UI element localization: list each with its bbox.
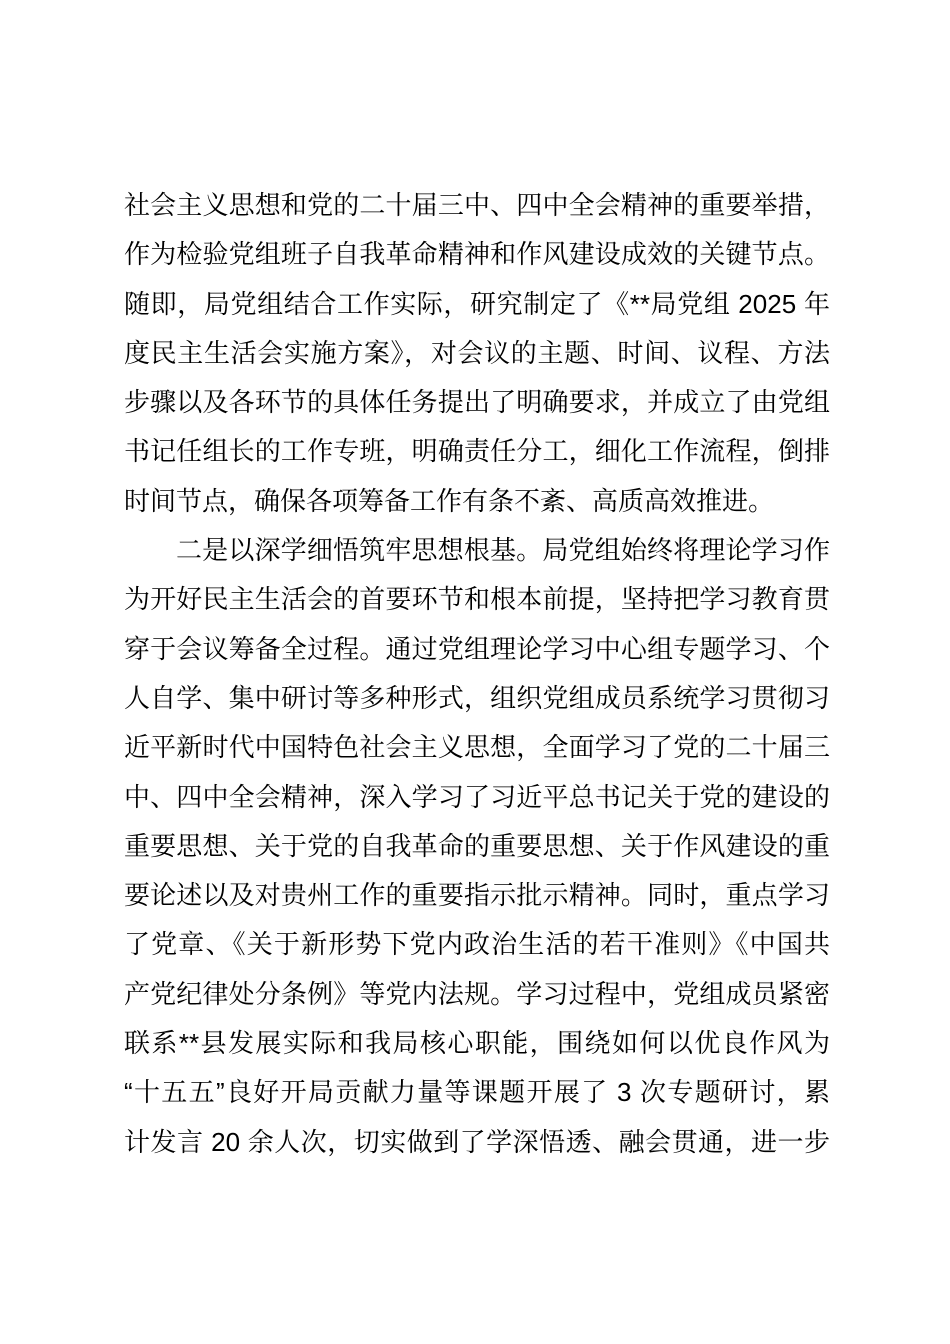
text-line: 产党纪律处分条例》等党内法规。学习过程中，党组成员紧密 — [124, 970, 830, 1019]
text-line: 书记任组长的工作专班，明确责任分工，细化工作流程，倒排 — [124, 427, 830, 476]
text-line: 步骤以及各环节的具体任务提出了明确要求，并成立了由党组 — [124, 378, 830, 427]
text-line: 作为检验党组班子自我革命精神和作风建设成效的关键节点。 — [124, 230, 830, 279]
document-body-text: 社会主义思想和党的二十届三中、四中全会精神的重要举措，作为检验党组班子自我革命精… — [124, 181, 830, 1167]
text-line: 中、四中全会精神，深入学习了习近平总书记关于党的建设的 — [124, 773, 830, 822]
text-line: 计发言 20 余人次，切实做到了学深悟透、融会贯通，进一步 — [124, 1118, 830, 1167]
document-page: 社会主义思想和党的二十届三中、四中全会精神的重要举措，作为检验党组班子自我革命精… — [0, 0, 950, 1344]
text-line: 了党章、《关于新形势下党内政治生活的若干准则》《中国共 — [124, 920, 830, 969]
text-line: 社会主义思想和党的二十届三中、四中全会精神的重要举措， — [124, 181, 830, 230]
text-line: 时间节点，确保各项筹备工作有条不紊、高质高效推进。 — [124, 477, 830, 526]
text-line: 为开好民主生活会的首要环节和根本前提，坚持把学习教育贯 — [124, 575, 830, 624]
text-line: 二是以深学细悟筑牢思想根基。局党组始终将理论学习作 — [124, 526, 830, 575]
text-line: 人自学、集中研讨等多种形式，组织党组成员系统学习贯彻习 — [124, 674, 830, 723]
text-line: 重要思想、关于党的自我革命的重要思想、关于作风建设的重 — [124, 822, 830, 871]
text-line: 要论述以及对贵州工作的重要指示批示精神。同时，重点学习 — [124, 871, 830, 920]
text-line: 度民主生活会实施方案》，对会议的主题、时间、议程、方法 — [124, 329, 830, 378]
text-line: 联系**县发展实际和我局核心职能，围绕如何以优良作风为 — [124, 1019, 830, 1068]
text-line: 近平新时代中国特色社会主义思想，全面学习了党的二十届三 — [124, 723, 830, 772]
text-line: 穿于会议筹备全过程。通过党组理论学习中心组专题学习、个 — [124, 625, 830, 674]
text-line: “十五五”良好开局贡献力量等课题开展了 3 次专题研讨，累 — [124, 1068, 830, 1117]
text-line: 随即，局党组结合工作实际，研究制定了《**局党组 2025 年 — [124, 280, 830, 329]
